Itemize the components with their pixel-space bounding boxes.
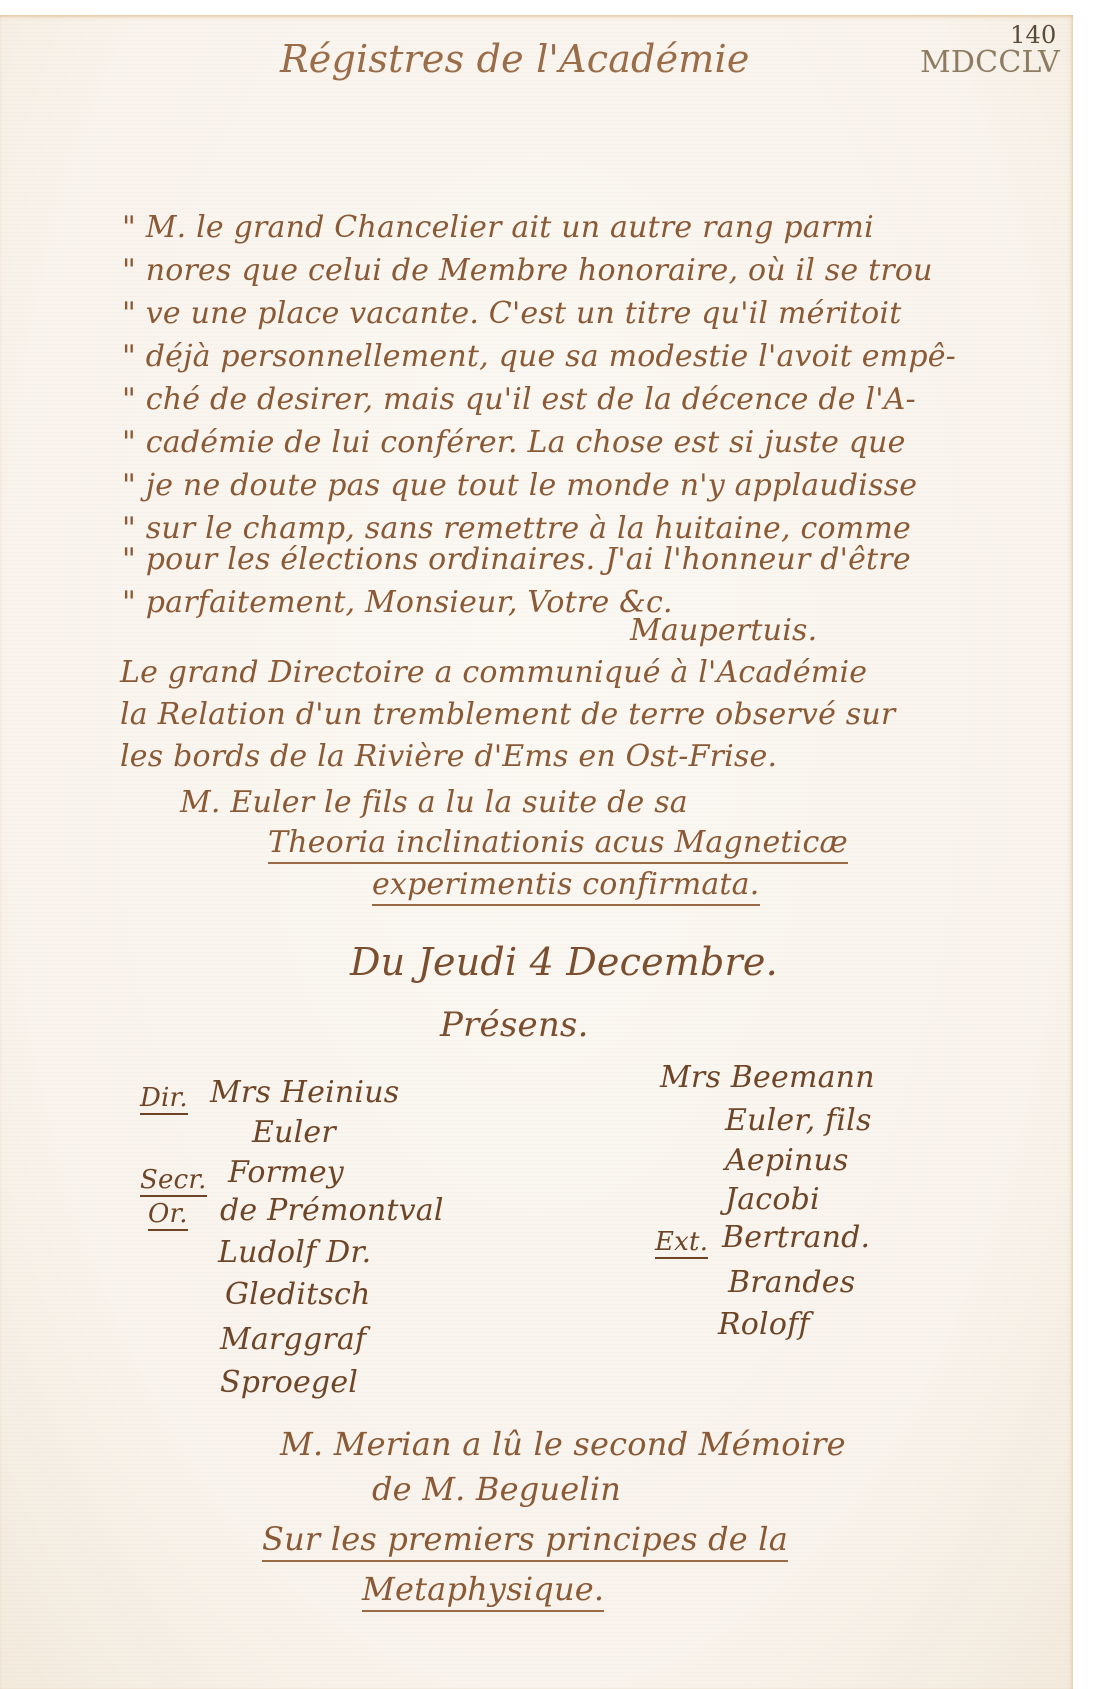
role-label: Secr. [140,1165,207,1197]
attendee-name: Bertrand. [722,1220,870,1255]
letter-line: " ve une place vacante. C'est un titre q… [122,296,901,331]
signature-maupertuis: Maupertuis. [630,613,817,648]
letter-line: " nores que celui de Membre honoraire, o… [122,253,933,288]
attendee-name: Formey [228,1155,344,1190]
communication-line: les bords de la Rivière d'Ems en Ost-Fri… [120,739,777,774]
letter-line: " parfaitement, Monsieur, Votre &c. [122,585,673,620]
attendee-name: Marggraf [220,1322,366,1357]
letter-line: " M. le grand Chancelier ait un autre ra… [122,210,874,245]
folio-number: 140 [1010,21,1056,49]
attendee-name: Roloff [718,1307,810,1342]
euler-memoir-title-line1: Theoria inclinationis acus Magneticæ [268,825,848,864]
communication-line: la Relation d'un tremblement de terre ob… [120,697,895,732]
session-date: Du Jeudi 4 Decembre. [350,940,778,984]
attendee-name: Gleditsch [225,1277,371,1312]
euler-memoir-title-line2: experimentis confirmata. [372,867,760,906]
letter-line: " cadémie de lui conférer. La chose est … [122,425,906,460]
beguelin-memoir-title-line1: Sur les premiers principes de la [262,1520,788,1562]
letter-line: " je ne doute pas que tout le monde n'y … [122,468,917,503]
euler-reading-intro: M. Euler le fils a lu la suite de sa [180,785,688,820]
year-roman-numeral: MDCCLV [920,45,1060,80]
role-label: Or. [148,1199,188,1231]
attendee-name: de Prémontval [220,1193,444,1228]
attendee-name: Brandes [728,1265,855,1300]
letter-line: " ché de desirer, mais qu'il est de la d… [122,382,916,417]
letter-line: " déjà personnellement, que sa modestie … [122,339,956,374]
merian-reading-line2: de M. Beguelin [372,1470,621,1508]
role-label: Dir. [140,1083,188,1115]
letter-line: " pour les élections ordinaires. J'ai l'… [122,542,911,577]
communication-line: Le grand Directoire a communiqué à l'Aca… [120,655,867,690]
attendee-name: Ludolf Dr. [218,1235,371,1270]
attendee-name: Aepinus [725,1143,849,1178]
manuscript-page: Régistres de l'Académie MDCCLV 140 " M. … [0,15,1073,1689]
attendee-name: Mrs Beemann [660,1060,875,1095]
present-label: Présens. [440,1005,589,1045]
role-label: Ext. [655,1227,708,1259]
attendee-name: Sproegel [220,1365,358,1400]
attendee-name: Mrs Heinius [210,1075,399,1110]
attendee-name: Jacobi [725,1182,820,1217]
register-title: Régistres de l'Académie [280,37,750,81]
beguelin-memoir-title-line2: Metaphysique. [362,1570,604,1612]
letter-line: " sur le champ, sans remettre à la huita… [122,511,911,546]
attendee-name: Euler [252,1115,336,1150]
attendee-name: Euler, fils [725,1103,872,1138]
merian-reading-line1: M. Merian a lû le second Mémoire [280,1425,846,1463]
